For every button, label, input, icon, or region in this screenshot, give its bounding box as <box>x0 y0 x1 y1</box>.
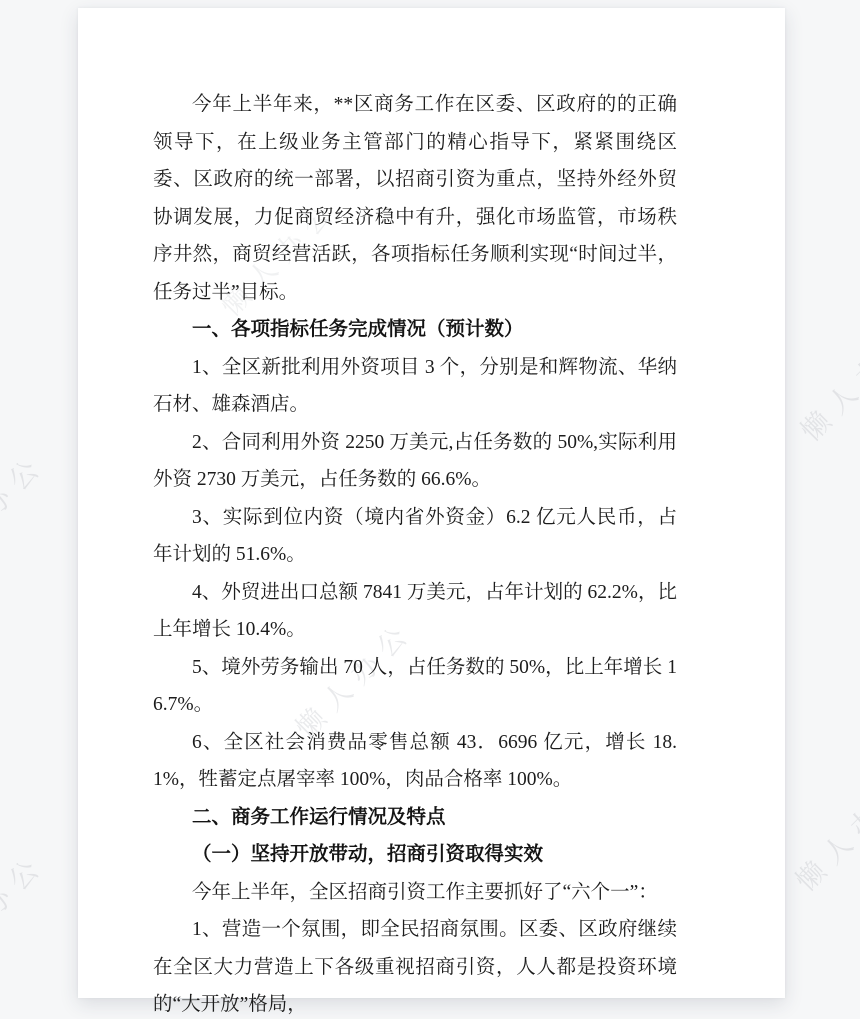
paragraph-intro: 今年上半年来，**区商务工作在区委、区政府的的正确领导下，在上级业务主管部门的精… <box>153 86 677 311</box>
watermark-text: 懒人办公 <box>0 843 54 979</box>
paragraph-item-3: 3、实际到位内资（境内省外资金）6.2 亿元人民币，占年计划的 51.6%。 <box>153 499 677 574</box>
paragraph-item-1: 1、全区新批利用外资项目 3 个，分别是和辉物流、华纳石材、雄森酒店。 <box>153 349 677 424</box>
watermark-text: 懒人办公 <box>791 313 860 449</box>
watermark-text: 懒人办公 <box>0 443 54 579</box>
paragraph-item-2: 2、合同利用外资 2250 万美元,占任务数的 50%,实际利用外资 2730 … <box>153 424 677 499</box>
watermark-text: 懒人办公 <box>786 763 860 899</box>
paragraph-point-1: 1、营造一个氛围，即全民招商氛围。区委、区政府继续在全区大力营造上下各级重视招商… <box>153 911 677 1019</box>
document-canvas: 懒人办公 懒人办公 懒人办公 懒人办公 懒人办公 懒人办公 今年上半年来，**区… <box>0 0 860 1019</box>
document-body: 今年上半年来，**区商务工作在区委、区政府的的正确领导下，在上级业务主管部门的精… <box>153 86 677 1019</box>
paragraph-item-4: 4、外贸进出口总额 7841 万美元，占年计划的 62.2%，比上年增长 10.… <box>153 574 677 649</box>
paragraph-lead: 今年上半年，全区招商引资工作主要抓好了“六个一”： <box>153 874 677 912</box>
paragraph-item-6: 6、全区社会消费品零售总额 43．6696 亿元，增长 18.1%，牲蓄定点屠宰… <box>153 724 677 799</box>
section-heading-2: 二、商务工作运行情况及特点 <box>153 799 677 837</box>
paragraph-item-5: 5、境外劳务输出 70 人，占任务数的 50%，比上年增长 16.7%。 <box>153 649 677 724</box>
section-heading-1: 一、各项指标任务完成情况（预计数） <box>153 311 677 349</box>
subsection-heading-2-1: （一）坚持开放带动，招商引资取得实效 <box>153 836 677 874</box>
